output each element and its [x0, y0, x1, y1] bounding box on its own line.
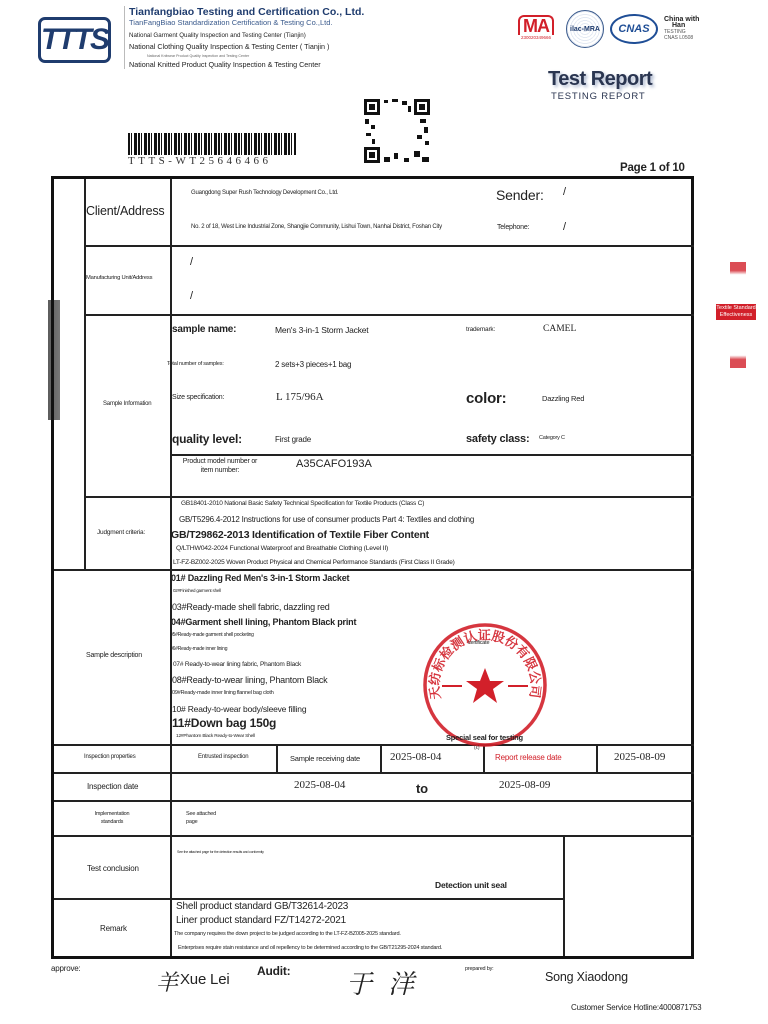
implementation-value: See attached page: [186, 810, 226, 826]
size-value: L 175/96A: [276, 391, 324, 403]
sample-description-item: 01# Dazzling Red Men's 3-in-1 Storm Jack…: [171, 573, 349, 583]
judgment-label: Judgment criteria:: [97, 529, 145, 536]
approve-name: Xue Lei: [180, 971, 229, 988]
test-conclusion-value: See the attached page for the detection …: [177, 850, 264, 854]
prepared-by-label: prepared by:: [465, 966, 493, 972]
telephone-label: Telephone:: [497, 224, 529, 231]
test-conclusion-label: Test conclusion: [87, 864, 139, 873]
sample-description-item: 05#Ready-made garment shell pocketing: [170, 632, 254, 638]
prepared-by-name: Song Xiaodong: [545, 970, 628, 984]
detection-unit-seal-label: Detection unit seal: [435, 880, 507, 890]
inspection-properties-label: Inspection properties: [84, 754, 136, 760]
sample-description-label: Sample description: [86, 652, 142, 659]
sample-description-item: 04#Garment shell lining, Phantom Black p…: [171, 617, 356, 627]
seal-mark: (ε): [474, 745, 480, 751]
client-address-label: Client/Address: [86, 204, 165, 218]
center-line: National Garment Quality Inspection and …: [129, 32, 389, 39]
center-line: National Knitwear Product Quality Inspec…: [129, 54, 389, 58]
remark-line: Liner product standard FZ/T14272-2021: [176, 915, 346, 926]
inspection-date-label: Inspection date: [87, 782, 138, 791]
sender-value: /: [563, 186, 566, 198]
safety-class-value: Category C: [539, 435, 565, 441]
manufacturer-address: /: [190, 290, 193, 302]
sample-description-item: 08#Ready-to-wear lining, Phantom Black: [172, 675, 328, 685]
cnas-side-text: China with Han TESTING CNAS L0508: [664, 17, 699, 41]
sample-receiving-label: Sample receiving date: [290, 754, 360, 763]
manufacturer-label: Manufacturing Unit/Address: [86, 275, 152, 281]
qr-code-icon: [362, 97, 432, 165]
manufacturer-name: /: [190, 256, 193, 268]
ilac-mra-logo: ilac-MRA: [566, 10, 604, 48]
sample-name-value: Men's 3-in-1 Storm Jacket: [275, 325, 368, 335]
barcode-number: TTTS-WT25646466: [128, 155, 272, 167]
company-name: Tianfangbiao Testing and Certification C…: [129, 6, 389, 18]
judgment-item: GB/T5296.4-2012 Instructions for use of …: [179, 515, 474, 524]
quality-level-label: quality level:: [172, 432, 242, 446]
sample-description-item: 03#Ready-made shell fabric, dazzling red: [172, 602, 330, 612]
size-label: Size specification:: [172, 394, 224, 401]
report-table: [51, 176, 694, 959]
trademark-value: CAMEL: [543, 324, 576, 334]
inspection-date-to-word: to: [416, 781, 428, 796]
approve-label: approve:: [51, 964, 81, 973]
telephone-value: /: [563, 221, 566, 233]
center-line: National Knitted Product Quality Inspect…: [129, 60, 389, 69]
sample-info-label: Sample Information: [103, 401, 151, 407]
client-name: Guangdong Super Rush Technology Developm…: [191, 190, 338, 196]
sample-description-item: 02#Finished garment shell: [173, 588, 221, 593]
inspection-date-from: 2025-08-04: [294, 779, 345, 791]
judgment-item: LT-FZ-BZ002-2025 Woven Product Physical …: [173, 559, 455, 566]
sample-receiving-date: 2025-08-04: [390, 751, 441, 763]
report-title: Test Report: [548, 68, 652, 91]
seal-certificate-label: certificate: [468, 640, 489, 646]
barcode: [128, 133, 296, 155]
company-name-alt: TianFangBiao Standardization Certificati…: [129, 18, 389, 27]
judgment-item: Q/LTHW042-2024 Functional Waterproof and…: [176, 545, 388, 552]
inspection-date-to: 2025-08-09: [499, 779, 550, 791]
model-number-value: A35CAFO193A: [296, 458, 372, 470]
page-indicator: Page 1 of 10: [620, 162, 685, 174]
judgment-item: GB/T29862-2013 Identification of Textile…: [171, 529, 429, 541]
client-address: No. 2 of 18, West Line Industrial Zone, …: [191, 224, 442, 230]
audit-signature: 于洋: [346, 964, 430, 1001]
approve-signature-icon: 羊: [156, 966, 178, 997]
company-block: Tianfangbiao Testing and Certification C…: [124, 6, 389, 69]
safety-class-label: safety class:: [466, 433, 529, 445]
sender-label: Sender:: [496, 187, 544, 203]
sample-description-item: 10# Ready-to-wear body/sleeve filling: [172, 704, 306, 714]
report-release-label: Report release date: [495, 753, 561, 762]
remark-line: The company requires the down project to…: [174, 931, 401, 937]
sample-description-item: 09#Ready-made inner lining flannel bag c…: [172, 690, 274, 696]
inspection-properties-value: Entrusted inspection: [198, 754, 248, 760]
remark-line: Shell product standard GB/T32614-2023: [176, 901, 348, 912]
center-line: National Clothing Quality Inspection & T…: [129, 42, 389, 51]
seal-special-label: Special seal for testing: [446, 733, 523, 742]
color-value: Dazzling Red: [542, 394, 584, 403]
implementation-label: Implementation standards: [85, 810, 139, 826]
judgment-item: GB18401-2010 National Basic Safety Techn…: [181, 500, 424, 507]
total-samples-value: 2 sets+3 pieces+1 bag: [275, 360, 351, 369]
certification-logos: MA 230020349666 ilac-MRA CNAS China with…: [512, 10, 699, 48]
sample-description-item: 11#Down bag 150g: [172, 716, 276, 730]
report-subtitle: TESTING REPORT: [551, 91, 645, 102]
quality-level-value: First grade: [275, 435, 311, 444]
remark-label: Remark: [100, 924, 127, 933]
ttts-logo: TTTS: [38, 17, 111, 63]
color-label: color:: [466, 390, 506, 407]
sample-description-item: 12#Phantom Black Ready-to-Wear Shell: [176, 734, 255, 739]
remark-line: Enterprises require stain resistance and…: [178, 945, 442, 951]
logo-text: TTTS: [41, 23, 108, 57]
total-samples-label: Total number of samples:: [167, 361, 224, 367]
cma-logo: MA 230020349666: [512, 15, 560, 43]
sample-description-item: 06#Ready-made inner lining: [170, 646, 227, 652]
sample-description-item: 07# Ready-to-wear lining fabric, Phantom…: [173, 661, 301, 668]
cnas-logo: CNAS: [610, 14, 658, 44]
side-tab-label: Textile Standard Effectiveness: [716, 304, 756, 320]
model-number-label: Product model number or item number:: [176, 457, 264, 475]
audit-label: Audit:: [257, 964, 290, 978]
customer-service-hotline: Customer Service Hotline:4000871753: [571, 1003, 701, 1012]
trademark-label: trademark:: [466, 326, 495, 333]
report-release-date: 2025-08-09: [614, 751, 665, 763]
sample-name-label: sample name:: [172, 324, 236, 335]
